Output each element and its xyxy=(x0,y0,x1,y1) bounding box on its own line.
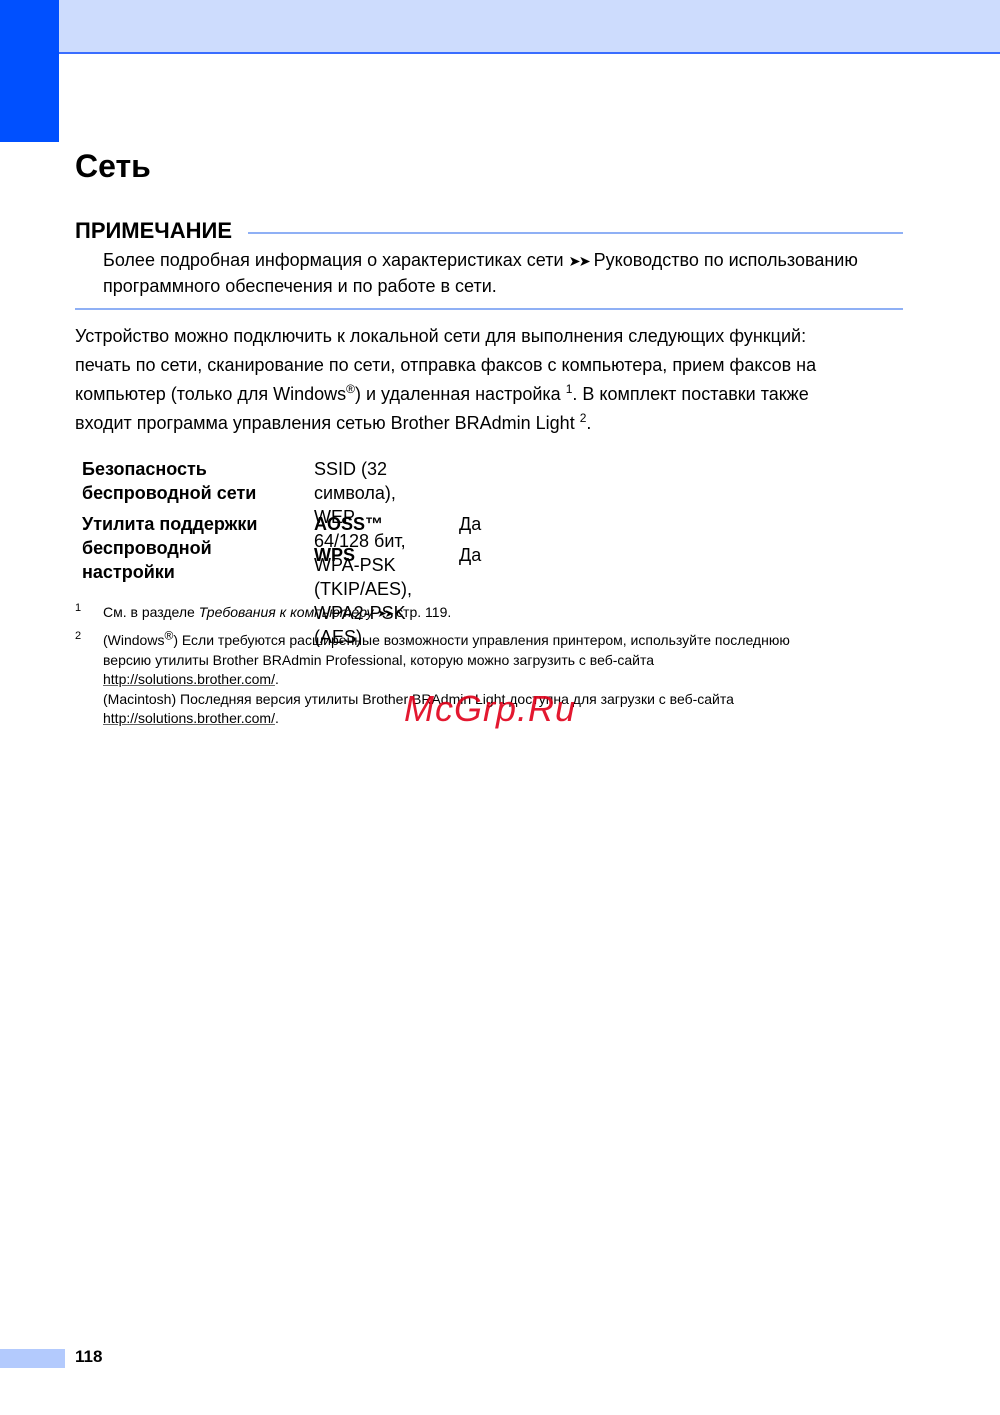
spec-sublabel-aoss: AOSS™ xyxy=(314,512,383,536)
footer-band xyxy=(0,1349,65,1368)
intro-paragraph: Устройство можно подключить к локальной … xyxy=(75,322,915,438)
note-text: Более подробная информация о характерист… xyxy=(75,248,903,298)
spec-value-aoss: Да xyxy=(459,512,481,536)
spec-label-security: Безопасность беспроводной сети xyxy=(82,457,302,505)
double-arrow-icon: ➤➤ xyxy=(377,608,392,620)
spec-label-utility: Утилита поддержки беспроводной настройки xyxy=(82,512,302,584)
watermark: McGrp.Ru xyxy=(404,688,576,730)
chapter-tab xyxy=(0,0,59,142)
page-number: 118 xyxy=(75,1347,102,1367)
note-bottom-rule xyxy=(75,308,903,310)
spec-sublabel-wps: WPS xyxy=(314,543,355,567)
double-arrow-icon: ➤➤ xyxy=(569,254,589,270)
page-title: Сеть xyxy=(75,148,151,185)
note-divider xyxy=(248,232,903,234)
cross-reference[interactable]: Требования к компьютеру xyxy=(199,604,374,620)
header-band xyxy=(0,0,1000,54)
solutions-link-2[interactable]: http://solutions.brother.com/ xyxy=(103,710,275,726)
note-label: ПРИМЕЧАНИЕ xyxy=(75,218,232,244)
spec-value-wps: Да xyxy=(459,543,481,567)
note-box: ПРИМЕЧАНИЕ Более подробная информация о … xyxy=(75,218,903,310)
solutions-link-1[interactable]: http://solutions.brother.com/ xyxy=(103,671,275,687)
